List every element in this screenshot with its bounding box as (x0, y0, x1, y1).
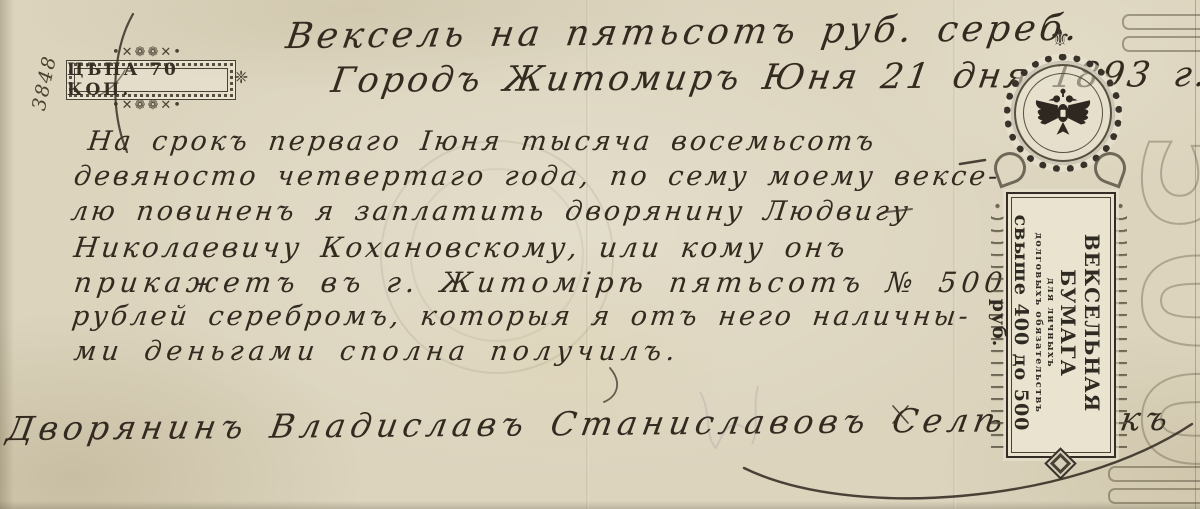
edge-outline-print: 500 (1110, 130, 1200, 470)
revenue-stamp-text: ВЕКСЕЛЬНАЯ БУМАГА для личныхъ долговыхъ … (1014, 198, 1104, 448)
margin-serial-number: 3848 (28, 53, 61, 113)
revenue-stamp-title: ВЕКСЕЛЬНАЯ БУМАГА (1056, 198, 1104, 448)
promissory-note-document: 3848 •✕❁❁✕• ЦѢНА 70 КОП. •✕❁❁✕• ❈ Вексел… (0, 0, 1200, 509)
body-line: лю повиненъ я заплатить дворянину Людвиг… (69, 196, 912, 227)
price-stamp-label: ЦѢНА 70 КОП. (67, 60, 235, 100)
edge-outline-rule (1108, 466, 1200, 482)
price-stamp: ЦѢНА 70 КОП. (66, 60, 236, 100)
revenue-stamp-subtitle1: для личныхъ (1044, 233, 1056, 414)
stamp-crest-ornament: ⚜ (1040, 26, 1080, 50)
body-line: прикажетъ въ г. Житомірѣ пятьсотъ № 500 (72, 266, 1009, 299)
body-line: ми деньгами сполна получилъ. (72, 336, 682, 367)
double-headed-eagle-icon (1031, 81, 1095, 145)
body-line: рублей серебромъ, которыя я отъ него нал… (70, 301, 973, 332)
price-stamp-top-ornament: •✕❁❁✕• (112, 46, 183, 59)
edge-outline-rule (1108, 488, 1200, 504)
edge-outline-rule (1122, 36, 1200, 52)
price-stamp-bottom-ornament: •✕❁❁✕• (112, 99, 183, 112)
body-line: Николаевичу Кохановскому, или кому онъ (72, 231, 850, 264)
revenue-stamp-denomination: свыше 400 до 500 руб. (988, 198, 1032, 448)
edge-outline-rule (1122, 14, 1200, 30)
edge-vertical-rule (1195, 0, 1196, 509)
heading-amount-line: Вексель на пятьсотъ руб. сереб. (283, 8, 1084, 57)
price-stamp-right-ornament: ❈ (234, 70, 250, 87)
body-line: На срокъ перваго Іюня тысяча восемьсотъ (86, 126, 878, 157)
body-line: девяносто четвертаго года, по сему моему… (72, 161, 1002, 192)
revenue-stamp-subtitle2: долговыхъ обязательствъ (1032, 233, 1044, 414)
